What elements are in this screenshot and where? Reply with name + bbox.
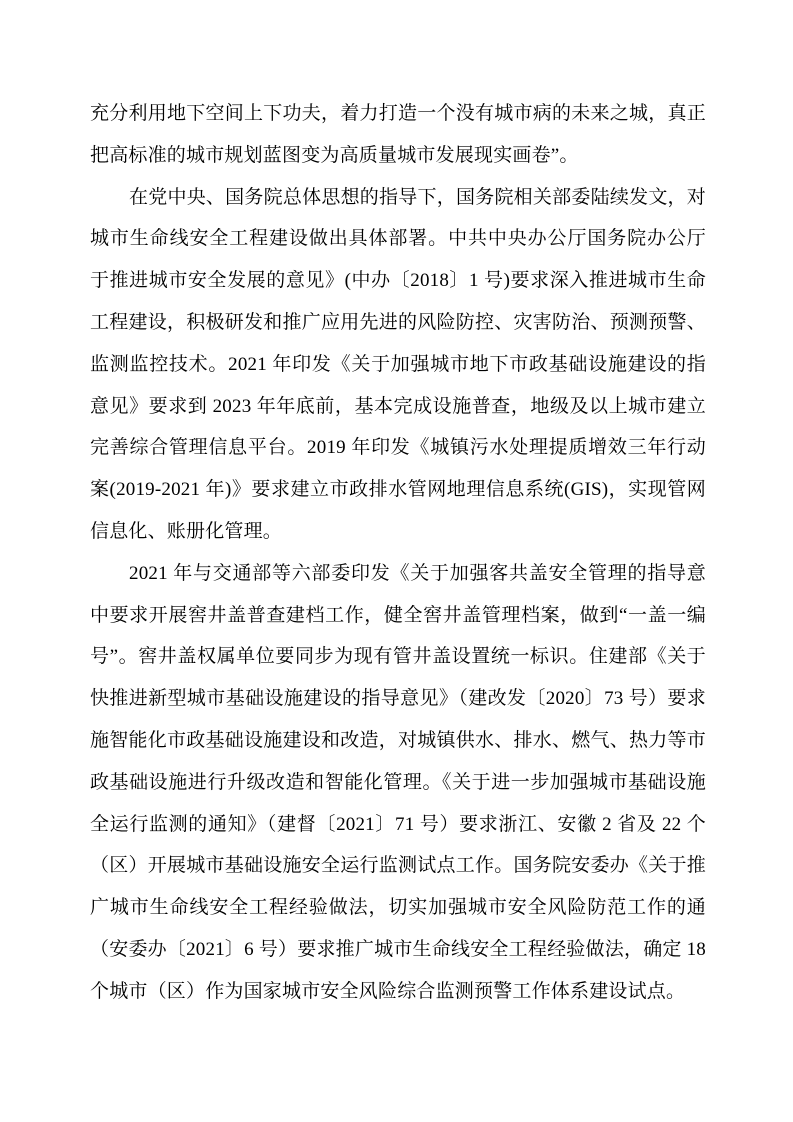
text-line: 个城市（区）作为国家城市安全风险综合监测预警工作体系建设试点。 [90, 971, 706, 1013]
text-line: 信息化、账册化管理。 [90, 511, 706, 553]
text-line: 于推进城市安全发展的意见》(中办〔2018〕1 号)要求深入推进城市生命线 [90, 260, 706, 302]
text-line: 施智能化市政基础设施建设和改造，对城镇供水、排水、燃气、热力等市 [90, 720, 706, 762]
text-line: 中要求开展窖井盖普查建档工作，健全窖井盖管理档案，做到“一盖一编 [90, 595, 706, 637]
text-line: （区）开展城市基础设施安全运行监测试点工作。国务院安委办《关于推 [90, 845, 706, 887]
document-body: 充分利用地下空间上下功夫，着力打造一个没有城市病的未来之城，真正把高标准的城市规… [90, 93, 706, 1013]
text-line: 工程建设，积极研发和推广应用先进的风险防控、灾害防治、预测预警、 [90, 302, 706, 344]
text-line: 号”。窖井盖权属单位要同步为现有管井盖设置统一标识。住建部《关于加 [90, 636, 706, 678]
text-line: 政基础设施进行升级改造和智能化管理。《关于进一步加强城市基础设施安 [90, 762, 706, 804]
document-page: 充分利用地下空间上下功夫，着力打造一个没有城市病的未来之城，真正把高标准的城市规… [0, 0, 793, 1122]
text-line: 广城市生命线安全工程经验做法，切实加强城市安全风险防范工作的通知》 [90, 887, 706, 929]
text-line: 把高标准的城市规划蓝图变为高质量城市发展现实画卷”。 [90, 135, 706, 177]
text-line: 意见》要求到 2023 年年底前，基本完成设施普查，地级及以上城市建立和 [90, 386, 706, 428]
text-line: 充分利用地下空间上下功夫，着力打造一个没有城市病的未来之城，真正 [90, 93, 706, 135]
text-line: 监测监控技术。2021 年印发《关于加强城市地下市政基础设施建设的指导 [90, 344, 706, 386]
text-line: 2021 年与交通部等六部委印发《关于加强客共盖安全管理的指导意见》 [90, 553, 706, 595]
text-line: （安委办〔2021〕6 号）要求推广城市生命线安全工程经验做法，确定 18 [90, 929, 706, 971]
text-line: 在党中央、国务院总体思想的指导下，国务院相关部委陆续发文，对 [90, 177, 706, 219]
text-line: 城市生命线安全工程建设做出具体部署。中共中央办公厅国务院办公厅《关 [90, 218, 706, 260]
text-line: 快推进新型城市基础设施建设的指导意见》（建改发〔2020〕73 号）要求实 [90, 678, 706, 720]
text-line: 完善综合管理信息平台。2019 年印发《城镇污水处理提质增效三年行动方 [90, 427, 706, 469]
text-line: 全运行监测的通知》（建督〔2021〕71 号）要求浙江、安徽 2 省及 22 个… [90, 804, 706, 846]
text-line: 案(2019-2021 年)》要求建立市政排水管网地理信息系统(GIS)，实现管… [90, 469, 706, 511]
